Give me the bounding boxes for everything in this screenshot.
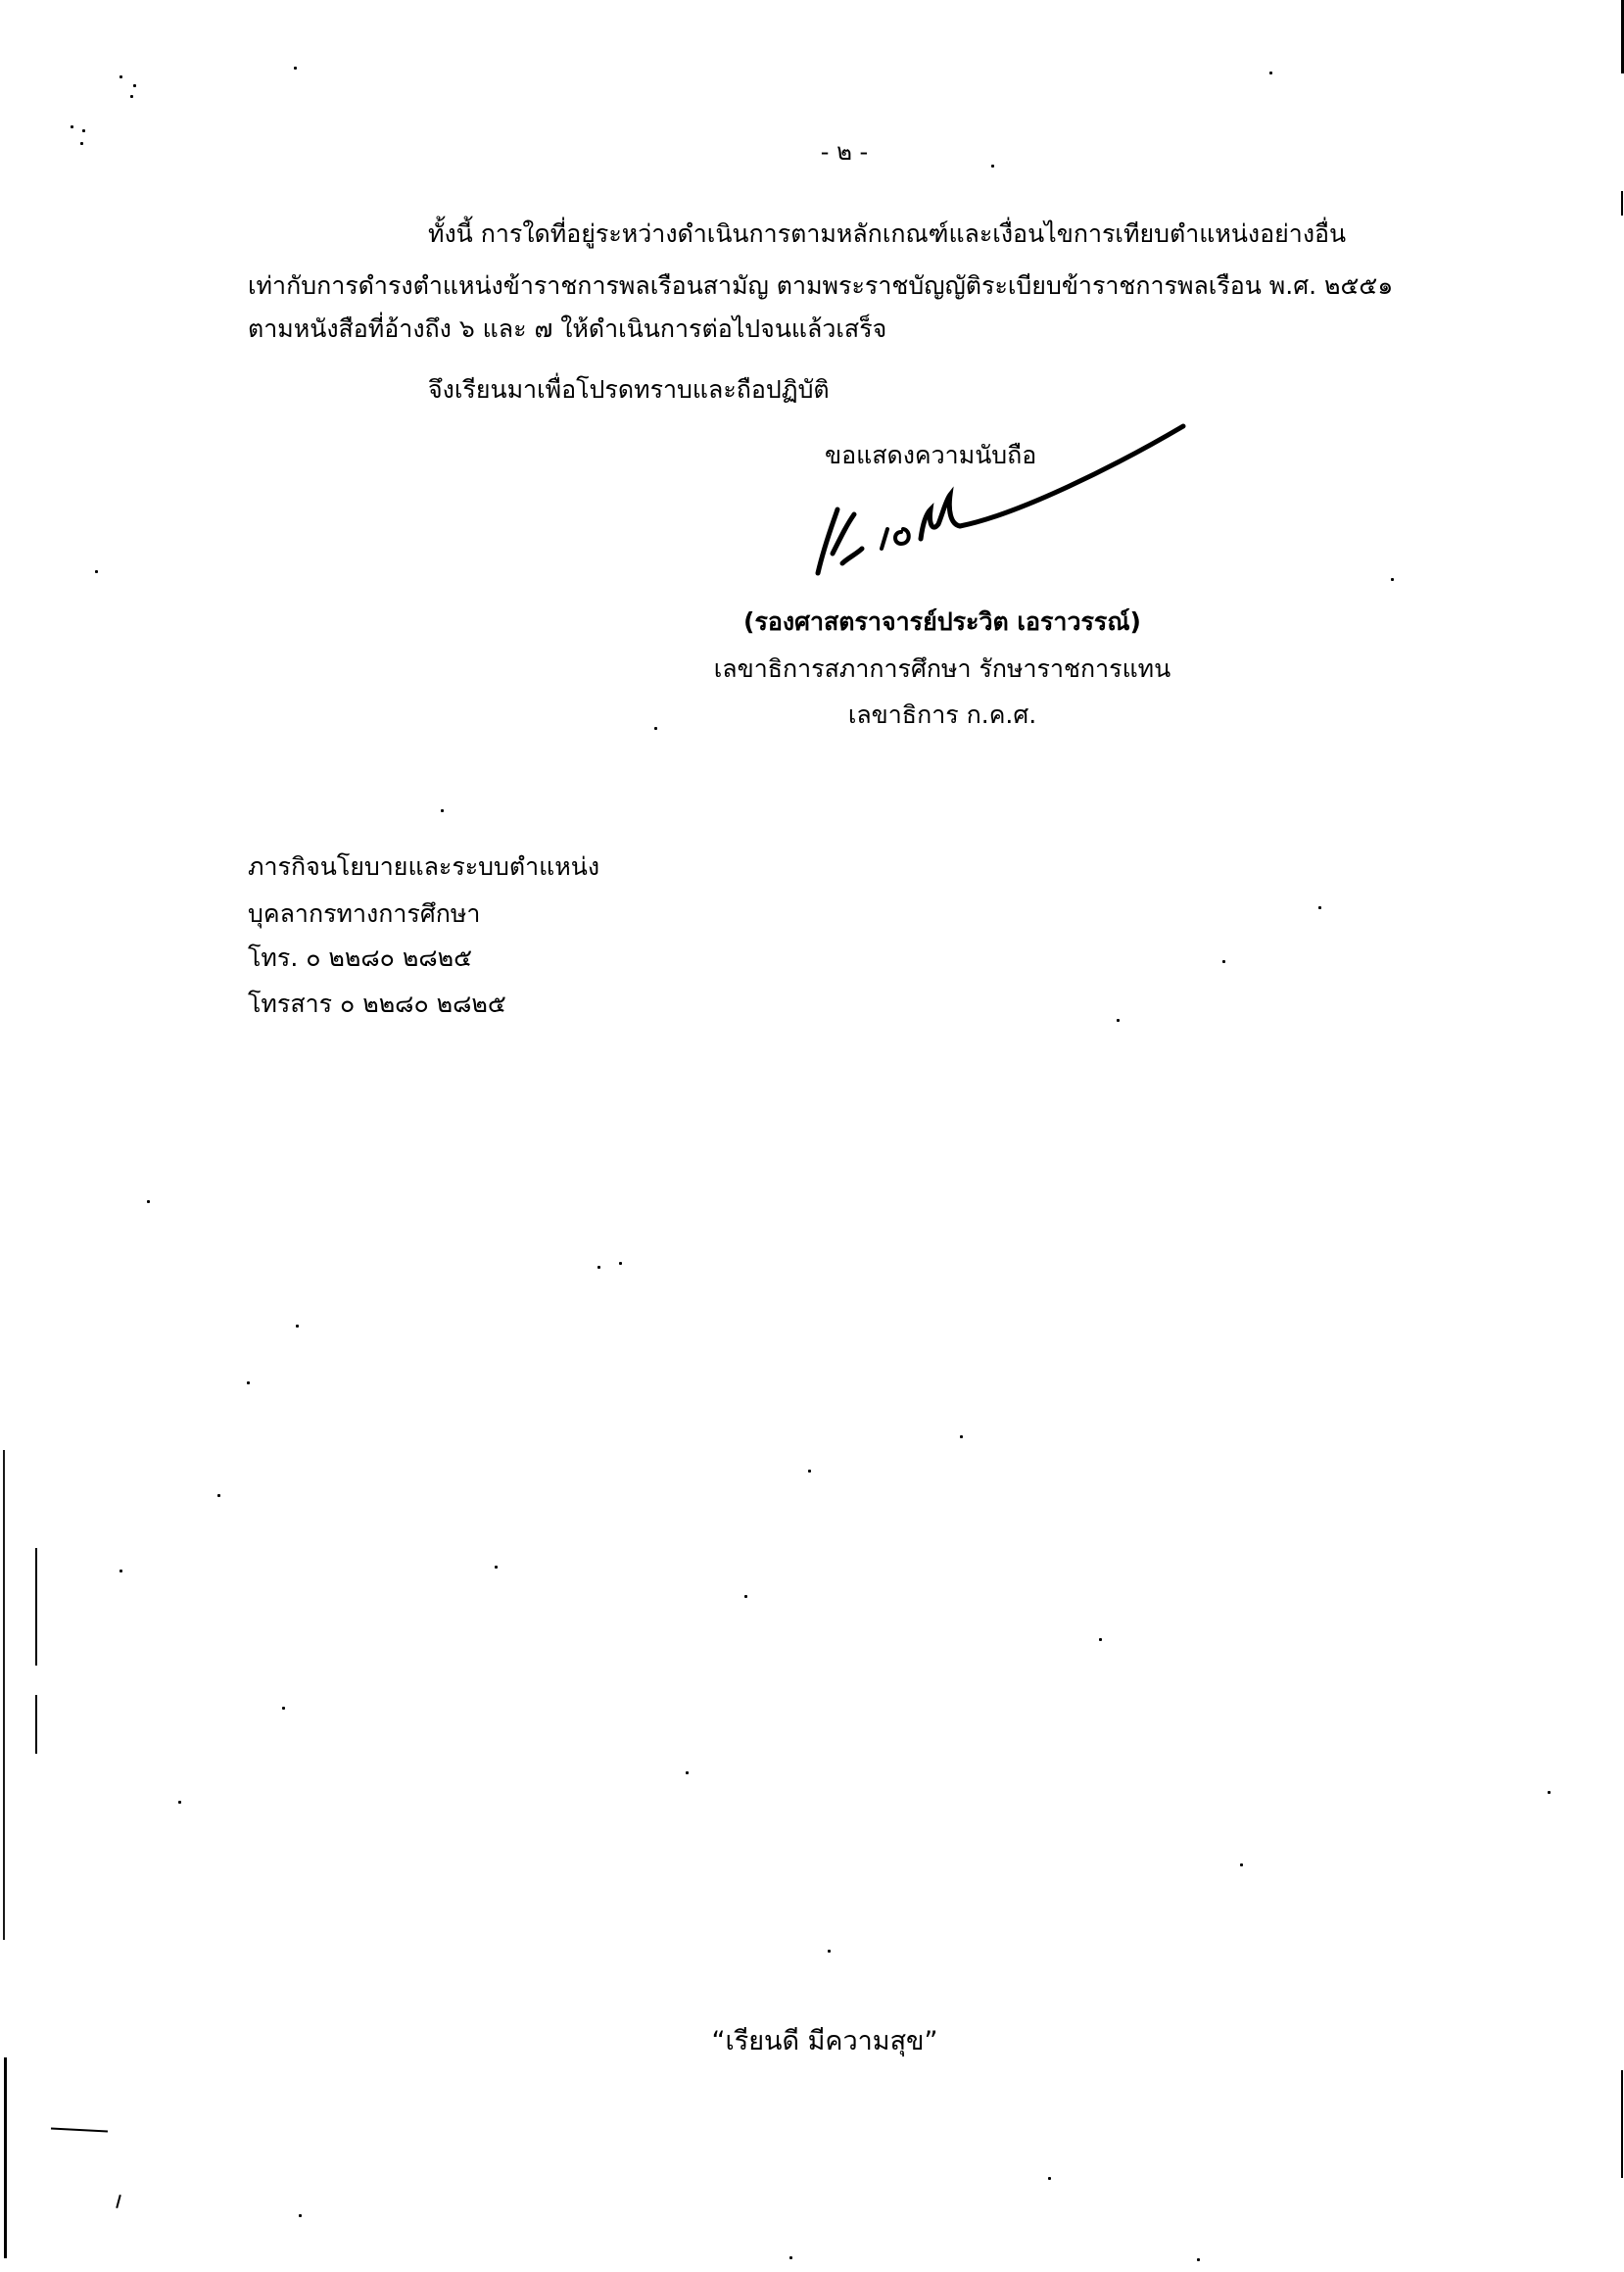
fax: โทรสาร ๐ ๒๒๘๐ ๒๘๒๕ bbox=[248, 991, 506, 1016]
signature-icon bbox=[803, 416, 1195, 583]
footer-slogan: “เรียนดี มีความสุข” bbox=[711, 2028, 937, 2054]
scan-speck bbox=[217, 1494, 220, 1497]
scan-speck bbox=[282, 1707, 285, 1710]
scan-speck bbox=[1318, 906, 1321, 909]
scan-speck bbox=[80, 142, 83, 145]
paragraph-line-3: ตามหนังสือที่อ้างถึง ๖ และ ๗ ให้ดำเนินกา… bbox=[248, 316, 886, 341]
scan-speck bbox=[247, 1381, 250, 1384]
scan-edge-mark bbox=[35, 1695, 37, 1754]
scan-speck bbox=[619, 1262, 622, 1265]
scan-stray-line bbox=[116, 2195, 121, 2208]
phone: โทร. ๐ ๒๒๘๐ ๒๘๒๕ bbox=[248, 945, 472, 970]
scan-speck bbox=[147, 1200, 150, 1203]
page-number: - ๒ - bbox=[821, 140, 868, 164]
scan-edge-mark bbox=[4, 2057, 7, 2258]
scan-speck bbox=[299, 2214, 302, 2217]
scan-speck bbox=[119, 75, 122, 78]
scan-edge-mark bbox=[35, 1548, 37, 1666]
scan-speck bbox=[597, 1266, 600, 1269]
scan-edge-mark bbox=[1621, 191, 1623, 216]
scan-speck bbox=[1269, 72, 1272, 74]
scan-edge-mark bbox=[1621, 2070, 1623, 2178]
scan-speck bbox=[960, 1435, 963, 1438]
paragraph-line-2: เท่ากับการดำรงตำแหน่งข้าราชการพลเรือนสาม… bbox=[248, 273, 1393, 298]
scan-speck bbox=[789, 2256, 792, 2259]
scan-speck bbox=[991, 165, 994, 168]
signatory-position-line1: เลขาธิการสภาการศึกษา รักษาราชการแทน bbox=[714, 656, 1171, 681]
signatory-position-line2: เลขาธิการ ก.ค.ศ. bbox=[848, 702, 1036, 727]
scan-speck bbox=[1048, 2177, 1051, 2180]
scan-speck bbox=[441, 809, 444, 812]
paragraph-line-1: ทั้งนี้ การใดที่อยู่ระหว่างดำเนินการตามห… bbox=[428, 221, 1346, 246]
scan-speck bbox=[119, 1570, 122, 1572]
scan-speck bbox=[82, 129, 85, 132]
scan-speck bbox=[744, 1595, 747, 1598]
scan-speck bbox=[686, 1771, 689, 1774]
scan-speck bbox=[294, 67, 297, 70]
department-line2: บุคลากรทางการศึกษา bbox=[248, 901, 480, 926]
scan-speck bbox=[130, 95, 133, 98]
scan-speck bbox=[1099, 1638, 1102, 1641]
department-line1: ภารกิจนโยบายและระบบตำแหน่ง bbox=[248, 854, 599, 879]
scan-speck bbox=[178, 1801, 181, 1804]
scan-speck bbox=[1391, 578, 1394, 581]
scan-stray-line bbox=[51, 2127, 108, 2132]
scan-speck bbox=[808, 1470, 811, 1473]
scan-speck bbox=[95, 570, 98, 573]
scan-speck bbox=[133, 84, 136, 87]
signatory-name: (รองศาสตราจารย์ประวิต เอราวรรณ์) bbox=[743, 609, 1141, 634]
scan-speck bbox=[1548, 1791, 1551, 1794]
closing-request: จึงเรียนมาเพื่อโปรดทราบและถือปฏิบัติ bbox=[428, 377, 830, 402]
scan-speck bbox=[828, 1950, 831, 1953]
scan-speck bbox=[1117, 1019, 1120, 1022]
scan-speck bbox=[1240, 1863, 1243, 1866]
scan-speck bbox=[1197, 2258, 1200, 2261]
scan-speck bbox=[495, 1566, 498, 1569]
scan-speck bbox=[296, 1325, 299, 1328]
scan-edge-mark bbox=[3, 1450, 5, 1940]
scan-speck bbox=[71, 125, 73, 128]
scan-speck bbox=[1222, 960, 1225, 963]
scan-speck bbox=[654, 727, 657, 730]
